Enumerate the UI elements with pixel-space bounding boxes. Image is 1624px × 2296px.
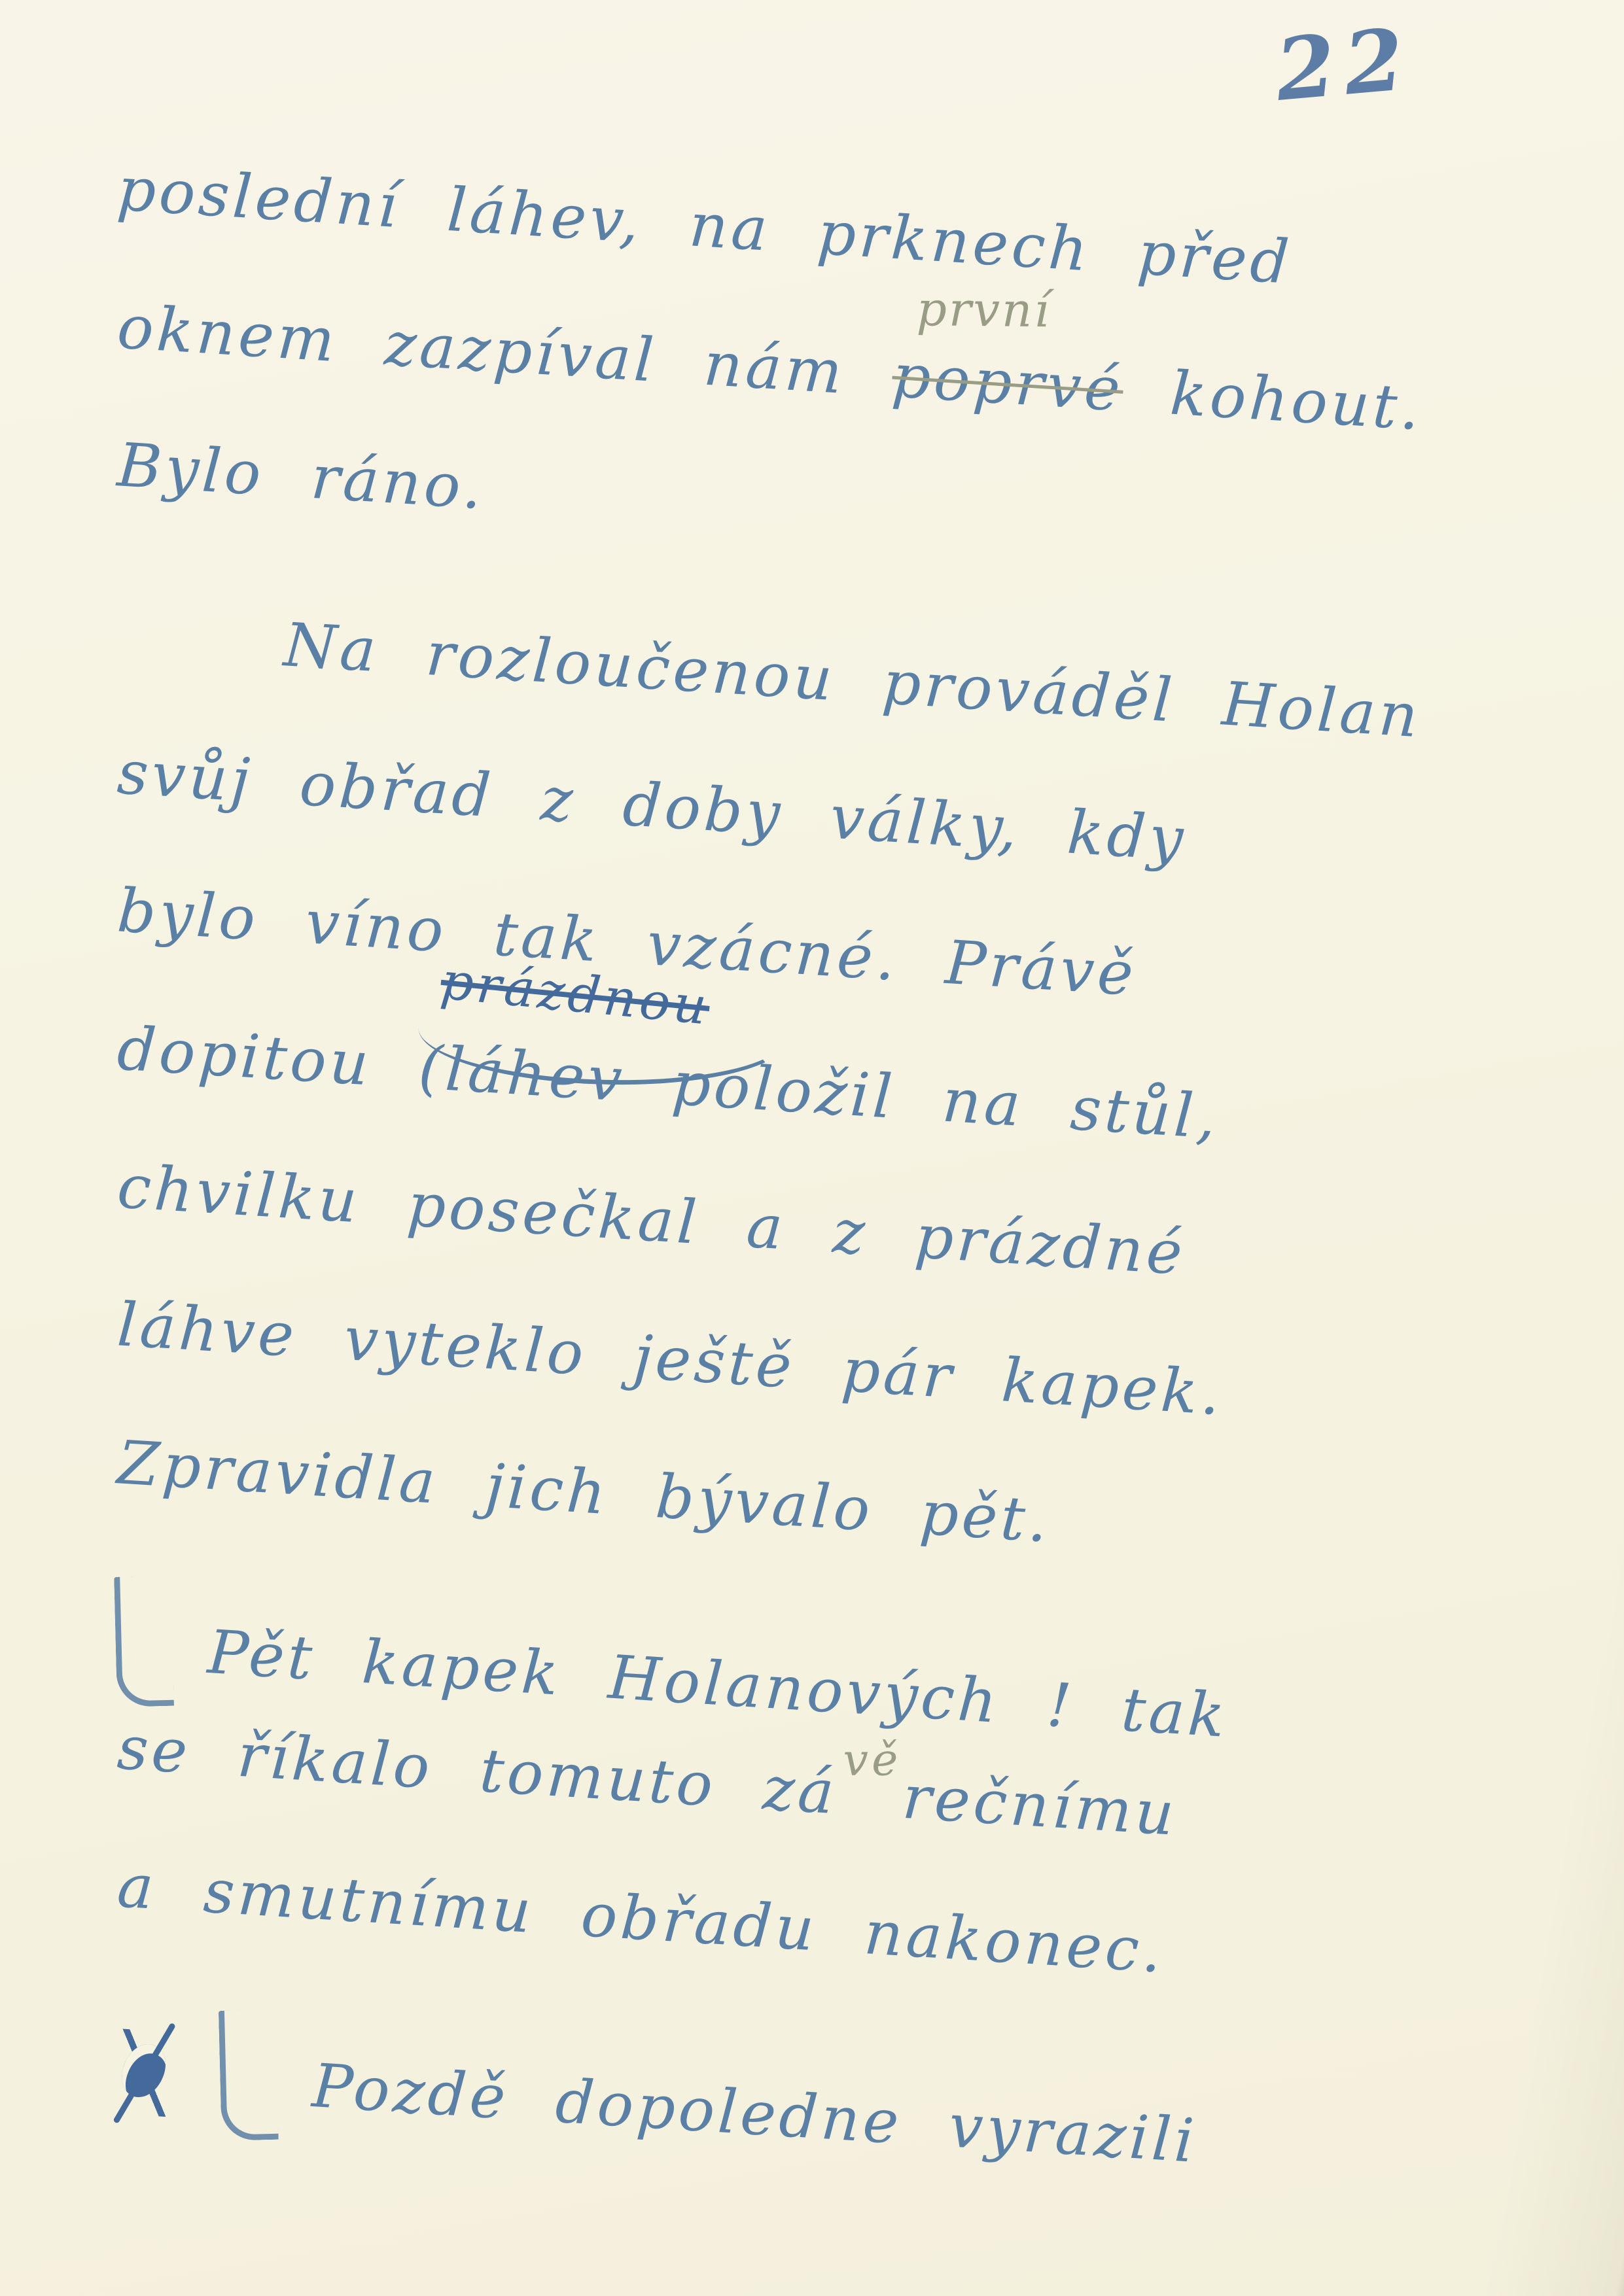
- pencil-insertion: vě: [843, 1734, 901, 1786]
- struck-word: poprvé: [890, 341, 1125, 425]
- paragraph-bracket-mark: [219, 2009, 279, 2141]
- manuscript: poslední láhev, na prknech předoknem zaz…: [115, 154, 1554, 2140]
- correction: prázdnouláhev: [444, 1034, 627, 1115]
- paragraph-bracket-mark: [114, 1576, 174, 1707]
- correction: poprvéprvní: [890, 341, 1125, 425]
- deletion-mark: [113, 2028, 177, 2117]
- ink-text: Pozdě dopoledne vyrazili: [310, 2051, 1199, 2176]
- pencil-insertion: první: [916, 281, 1051, 338]
- manuscript-page: 22 poslední láhev, na prknech předoknem …: [0, 0, 1624, 2296]
- page-number: 22: [1272, 9, 1417, 120]
- ink-text: láhev: [444, 1034, 627, 1115]
- ink-text: poslední láhev, na prknech před: [115, 154, 1294, 298]
